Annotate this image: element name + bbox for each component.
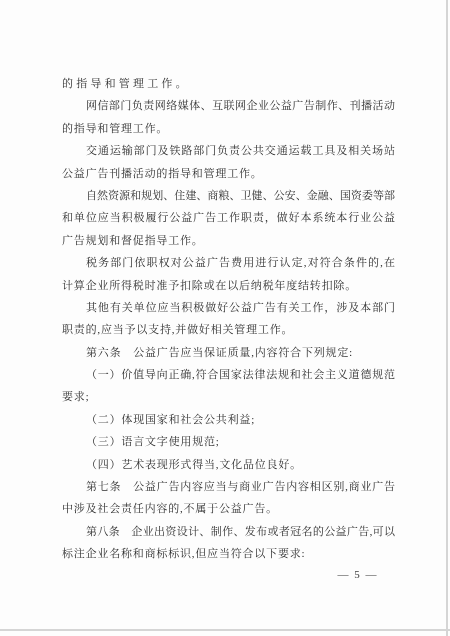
text-line: （三）语言文字使用规范; (62, 431, 395, 453)
text-line: 计算企业所得税时准予扣除或在以后纳税年度结转扣除。 (62, 275, 395, 297)
text-line: （二）体现国家和社会公共利益; (62, 409, 395, 431)
scan-edge-bottom (0, 629, 450, 631)
text-line: 自然资源和规划、住建、商粮、卫健、公安、金融、国资委等部门 (62, 185, 395, 207)
text-line: （四）艺术表现形式得当,文化品位良好。 (62, 454, 395, 476)
text-line: 的指导和管理工作。 (62, 73, 395, 95)
text-line: 网信部门负责网络媒体、互联网企业公益广告制作、刊播活动 (62, 95, 395, 117)
text-line: 标注企业名称和商标标识,但应当符合以下要求: (62, 543, 395, 565)
text-line: 第七条 公益广告内容应当与商业广告内容相区别,商业广告 (62, 476, 395, 498)
document-body: 的指导和管理工作。网信部门负责网络媒体、互联网企业公益广告制作、刊播活动的指导和… (62, 73, 395, 566)
text-line: 中涉及社会责任内容的,不属于公益广告。 (62, 498, 395, 520)
text-line: 和单位应当积极履行公益广告工作职责，做好本系统本行业公益 (62, 207, 395, 229)
scanned-document-page: 的指导和管理工作。网信部门负责网络媒体、互联网企业公益广告制作、刊播活动的指导和… (0, 0, 450, 636)
text-line: 税务部门依职权对公益广告费用进行认定,对符合条件的,在 (62, 252, 395, 274)
text-line: 广告规划和督促指导工作。 (62, 230, 395, 252)
text-line: 职责的,应当予以支持,并做好相关管理工作。 (62, 319, 395, 341)
text-line: 的指导和管理工作。 (62, 118, 395, 140)
page-number: — 5 — (338, 564, 379, 586)
text-line: 第六条 公益广告应当保证质量,内容符合下列规定: (62, 342, 395, 364)
text-line: （一）价值导向正确,符合国家法律法规和社会主义道德规范 (62, 364, 395, 386)
text-line: 第八条 企业出资设计、制作、发布或者冠名的公益广告,可以 (62, 521, 395, 543)
text-line: 要求; (62, 386, 395, 408)
text-line: 其他有关单位应当积极做好公益广告有关工作，涉及本部门 (62, 297, 395, 319)
scan-edge-right (446, 0, 448, 636)
text-line: 公益广告刊播活动的指导和管理工作。 (62, 163, 395, 185)
text-line: 交通运输部门及铁路部门负责公共交通运载工具及相关场站 (62, 140, 395, 162)
